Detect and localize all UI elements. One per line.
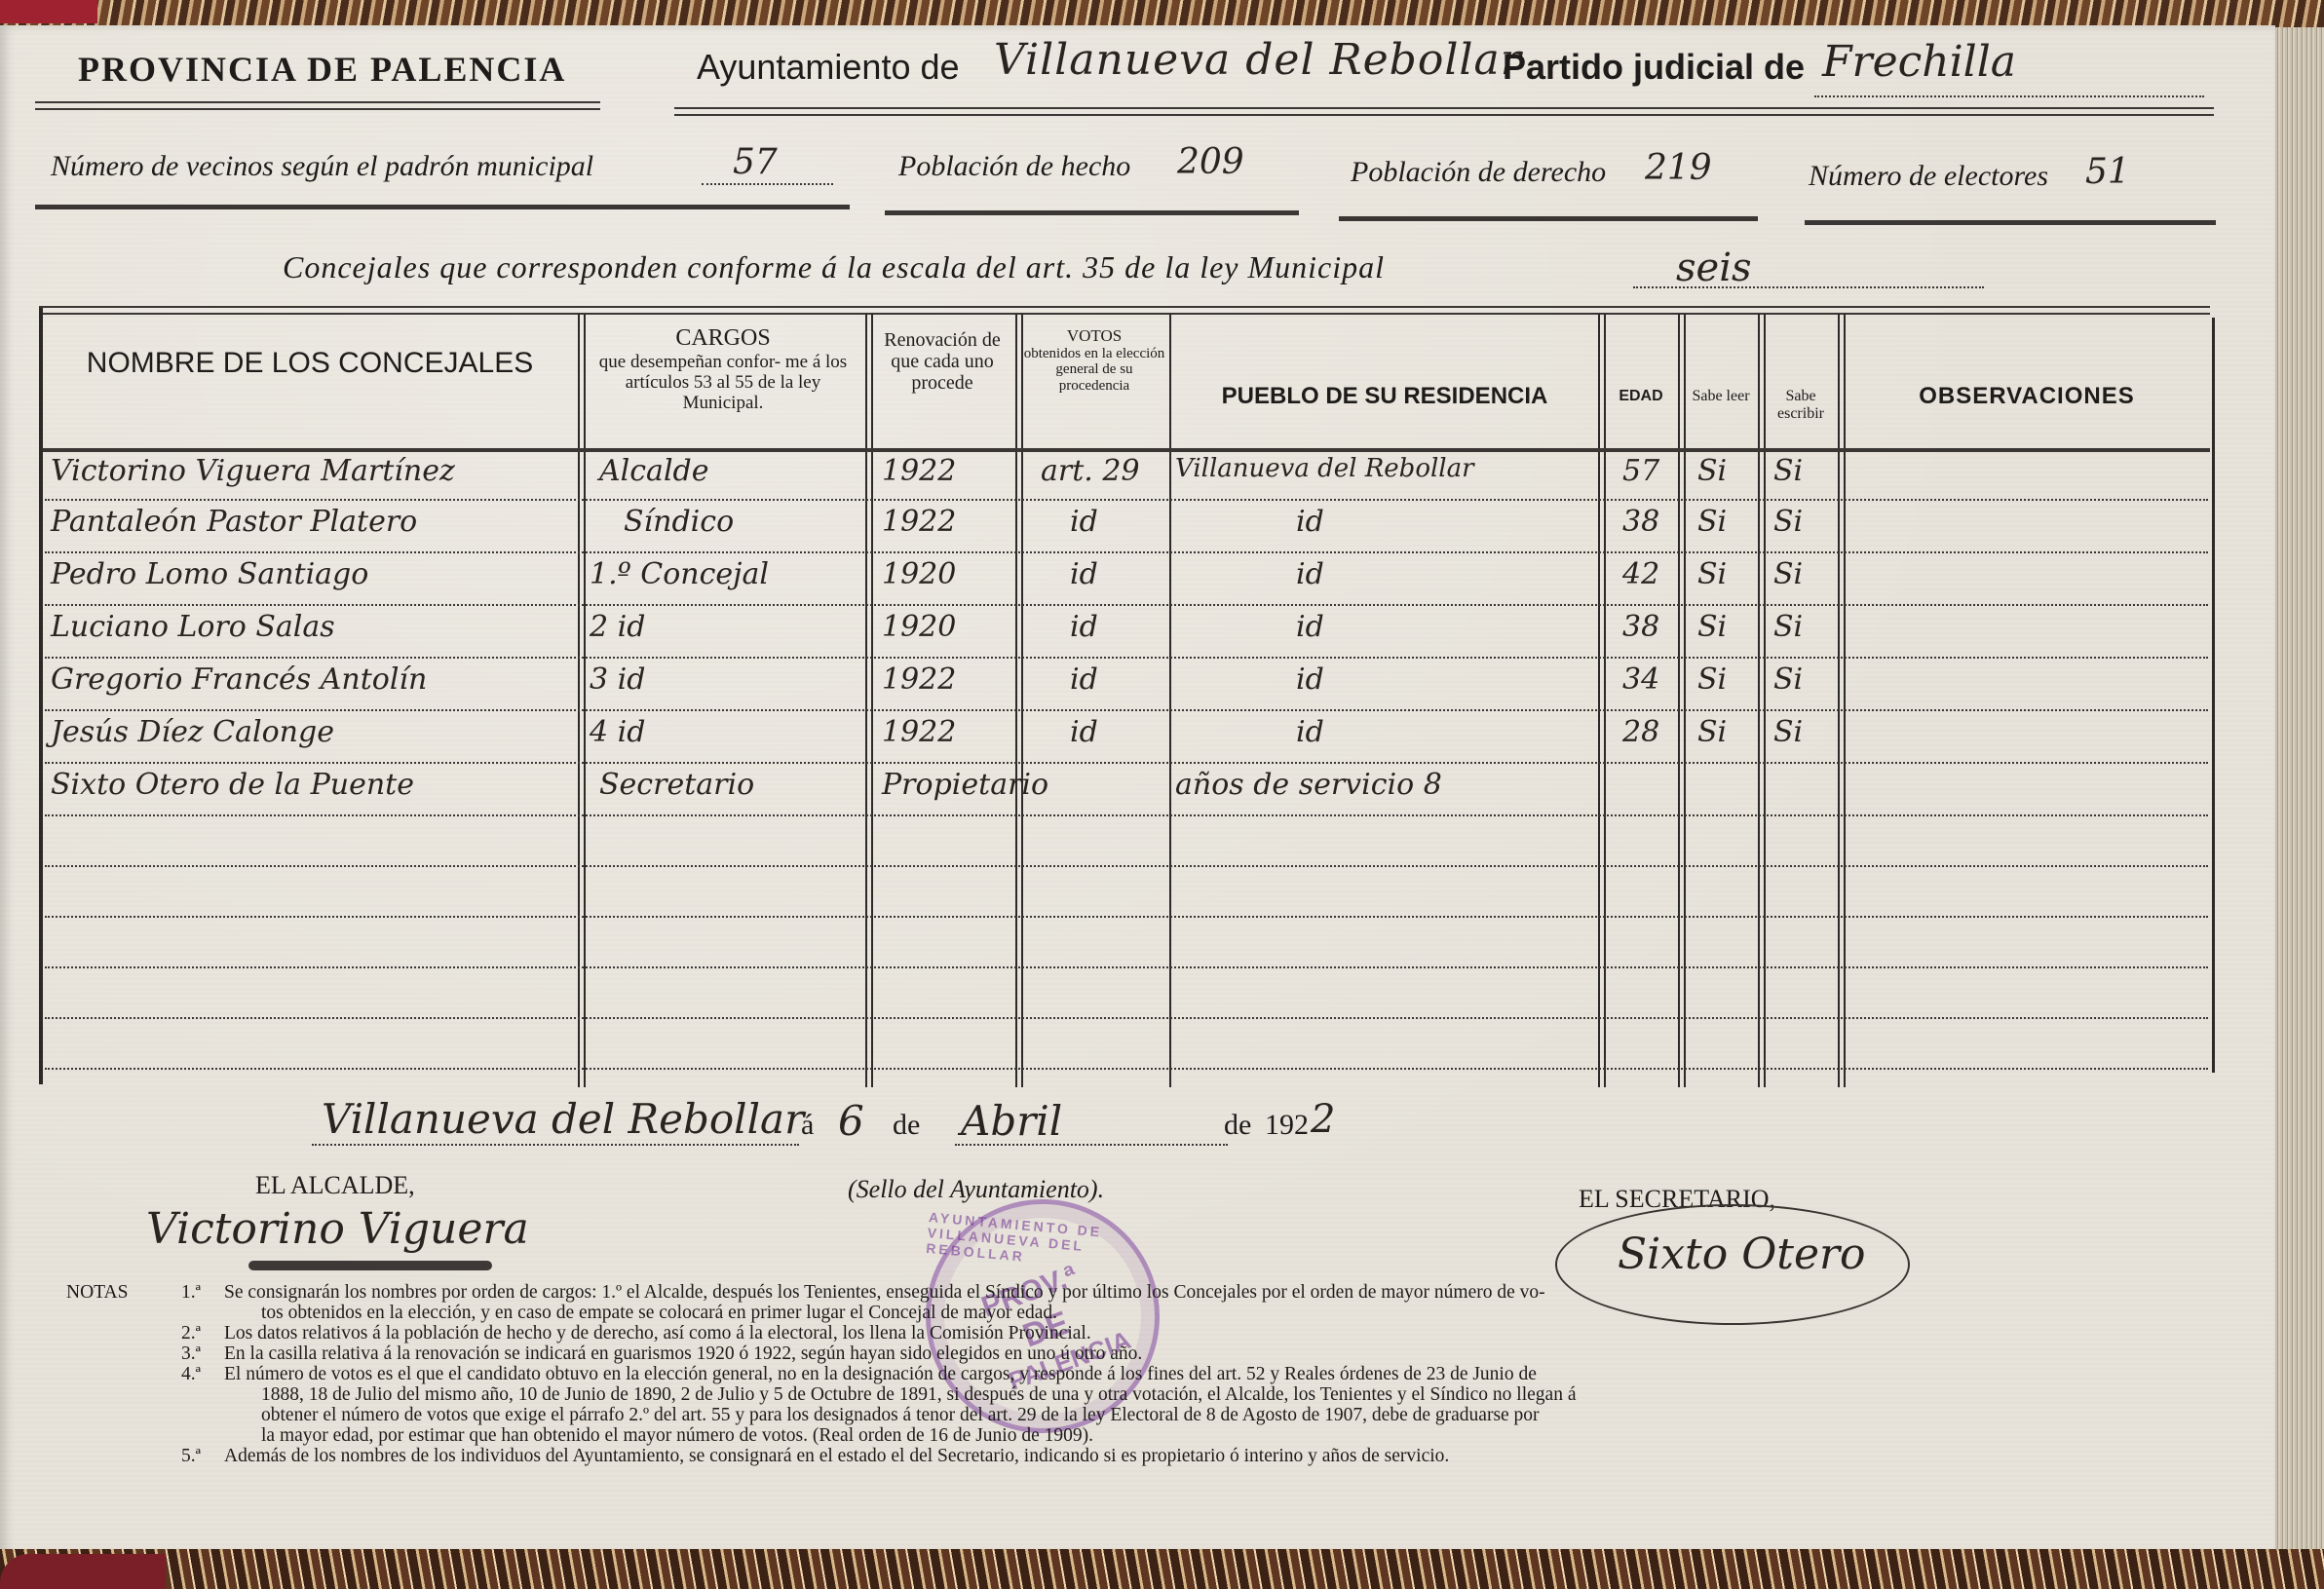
header-observaciones: OBSERVACIONES: [1844, 384, 2210, 409]
col-divider: [1598, 314, 1606, 1087]
cell-renovacion: 1922: [882, 662, 956, 697]
stamp-ring-text: AYUNTAMIENTO DE VILLANUEVA DEL REBOLLAR: [926, 1209, 1124, 1272]
col-divider: [1838, 314, 1846, 1087]
cell-escribir: Si: [1773, 662, 1803, 697]
notes-label: NOTAS: [66, 1282, 128, 1303]
note-line: 1888, 18 de Julio del mismo año, 10 de J…: [261, 1384, 2208, 1405]
note-line: Los datos relativos á la población de he…: [224, 1323, 2208, 1343]
cell-nombre: Pedro Lomo Santiago: [51, 557, 368, 591]
ribbon-top: [0, 0, 97, 23]
ayuntamiento-value: Villanueva del Rebollar: [994, 35, 1522, 85]
note-number: 1.ª: [181, 1282, 201, 1303]
cell-cargo: Síndico: [624, 505, 734, 539]
cell-pueblo: id: [1296, 610, 1324, 644]
cell-nombre: Sixto Otero de la Puente: [51, 768, 414, 802]
col-divider: [1678, 314, 1686, 1087]
header-nombre: NOMBRE DE LOS CONCEJALES: [43, 347, 577, 379]
vecinos-label: Número de vecinos según el padrón munici…: [51, 150, 593, 183]
table-top-rule: [39, 306, 2210, 315]
header-edad: EDAD: [1604, 388, 1678, 405]
ribbon-bottom: [0, 1554, 166, 1589]
rule: [674, 107, 2214, 116]
partido-label: Partido judicial de: [1503, 47, 1805, 88]
note-line: El número de votos es el que el candidat…: [224, 1364, 2208, 1384]
rule: [1805, 220, 2216, 225]
derecho-value: 219: [1645, 148, 1712, 188]
cell-renovacion: 1922: [882, 715, 956, 749]
note-number: 5.ª: [181, 1446, 201, 1466]
concejales-label: Concejales que corresponden conforme á l…: [283, 249, 1385, 285]
cell-edad: 28: [1622, 715, 1659, 749]
note-line: Se consignarán los nombres por orden de …: [224, 1282, 2208, 1303]
partido-value: Frechilla: [1822, 37, 2016, 87]
header-votos-sub: obtenidos en la elección general de su p…: [1021, 346, 1167, 395]
cell-leer: Si: [1697, 715, 1727, 749]
cell-renovacion: Propietario: [882, 768, 1048, 802]
page-edges: [2270, 27, 2324, 1552]
cell-pueblo: id: [1296, 505, 1324, 539]
electores-label: Número de electores: [1809, 160, 2048, 193]
dotted-leader: [955, 1144, 1228, 1146]
cell-nombre: Jesús Díez Calonge: [51, 715, 334, 749]
note-item: 3.ª En la casilla relativa á la renovaci…: [181, 1343, 2208, 1364]
note-item: 1.ª Se consignarán los nombres por orden…: [181, 1282, 2208, 1323]
cell-votos: art. 29: [1041, 454, 1140, 488]
date-de1: de: [893, 1109, 920, 1142]
cell-nombre: Luciano Loro Salas: [51, 610, 335, 644]
date-day: 6: [838, 1097, 864, 1145]
rule: [1339, 216, 1758, 221]
cell-edad: 34: [1622, 662, 1659, 697]
dotted-leader: [1814, 95, 2204, 97]
date-year-hand: 2: [1311, 1097, 1335, 1142]
dotted-leader: [702, 183, 833, 185]
note-line: tos obtenidos en la elección, y en caso …: [261, 1303, 2208, 1323]
cell-leer: Si: [1697, 454, 1727, 488]
rule: [35, 101, 600, 110]
date-place: Villanueva del Rebollar: [322, 1095, 804, 1143]
alcalde-label: EL ALCALDE,: [255, 1171, 415, 1200]
header-cargos-title: CARGOS: [583, 325, 863, 351]
col-divider: [578, 314, 586, 1087]
col-divider: [1169, 314, 1171, 1087]
hecho-label: Población de hecho: [898, 150, 1130, 183]
cell-cargo: 1.º Concejal: [590, 557, 769, 591]
derecho-label: Población de derecho: [1351, 156, 1606, 189]
signature-flourish: [248, 1261, 492, 1270]
col-divider: [1015, 314, 1023, 1087]
note-line: la mayor edad, por estimar que han obten…: [261, 1425, 2208, 1446]
dotted-leader: [312, 1144, 799, 1146]
date-month: Abril: [961, 1097, 1062, 1145]
cell-pueblo: id: [1296, 662, 1324, 697]
cell-nombre: Pantaleón Pastor Platero: [51, 505, 417, 539]
cell-renovacion: 1920: [882, 557, 956, 591]
cell-edad: 38: [1622, 610, 1659, 644]
header-renovacion: Renovación de que cada uno procede: [871, 329, 1013, 394]
note-number: 2.ª: [181, 1323, 201, 1343]
date-de2: de: [1224, 1109, 1251, 1142]
cell-leer: Si: [1697, 662, 1727, 697]
note-item: 5.ª Además de los nombres de los individ…: [181, 1446, 2208, 1466]
header-bottom-rule: [43, 448, 2210, 452]
cell-cargo: Alcalde: [599, 454, 709, 488]
cell-escribir: Si: [1773, 557, 1803, 591]
cell-cargo: 3 id: [590, 662, 645, 697]
cell-leer: Si: [1697, 557, 1727, 591]
note-line: obtener el número de votos que exige el …: [261, 1405, 2208, 1425]
header-votos: VOTOS obtenidos en la elección general d…: [1021, 327, 1167, 394]
dotted-leader: [1633, 286, 1984, 288]
cell-cargo: Secretario: [599, 768, 754, 802]
cell-leer: Si: [1697, 505, 1727, 539]
note-number: 3.ª: [181, 1343, 201, 1364]
date-year-printed: 192: [1265, 1109, 1309, 1142]
cell-edad: 57: [1622, 454, 1659, 488]
cell-pueblo: años de servicio 8: [1175, 768, 1442, 802]
header-escribir: Sabe escribir: [1764, 388, 1838, 422]
cell-pueblo: id: [1296, 715, 1324, 749]
cell-escribir: Si: [1773, 715, 1803, 749]
document-page: PROVINCIA DE PALENCIA Ayuntamiento de Vi…: [0, 25, 2275, 1555]
ayuntamiento-label: Ayuntamiento de: [697, 47, 960, 88]
concejales-value: seis: [1676, 246, 1752, 290]
cell-renovacion: 1922: [882, 505, 956, 539]
col-divider: [865, 314, 873, 1087]
rule: [885, 210, 1299, 215]
alcalde-signature: Victorino Viguera: [146, 1204, 529, 1254]
cell-nombre: Victorino Viguera Martínez: [51, 454, 455, 488]
electores-value: 51: [2085, 152, 2130, 192]
cell-pueblo: Villanueva del Rebollar: [1175, 454, 1474, 483]
cell-votos: id: [1070, 505, 1098, 539]
col-divider: [1758, 314, 1766, 1087]
sello-label: (Sello del Ayuntamiento).: [848, 1175, 1104, 1204]
secretario-signature: Sixto Otero: [1618, 1230, 1866, 1279]
cell-nombre: Gregorio Francés Antolín: [51, 662, 427, 697]
header-leer: Sabe leer: [1684, 388, 1758, 405]
cell-escribir: Si: [1773, 505, 1803, 539]
note-line: En la casilla relativa á la renovación s…: [224, 1343, 2208, 1364]
cell-escribir: Si: [1773, 454, 1803, 488]
note-line: Además de los nombres de los individuos …: [224, 1446, 2208, 1466]
cell-pueblo: id: [1296, 557, 1324, 591]
cell-renovacion: 1920: [882, 610, 956, 644]
cell-votos: id: [1070, 557, 1098, 591]
cell-votos: id: [1070, 715, 1098, 749]
table-right-border: [2212, 318, 2215, 1073]
header-cargos-sub: que desempeñan confor- me á los artículo…: [583, 353, 863, 414]
province-title: PROVINCIA DE PALENCIA: [78, 49, 566, 90]
note-item: 2.ª Los datos relativos á la población d…: [181, 1323, 2208, 1343]
cell-edad: 42: [1622, 557, 1659, 591]
date-a: á: [801, 1109, 814, 1142]
cell-renovacion: 1922: [882, 454, 956, 488]
cell-votos: id: [1070, 610, 1098, 644]
note-number: 4.ª: [181, 1364, 201, 1384]
table-left-border: [39, 308, 43, 1084]
header-votos-title: VOTOS: [1021, 327, 1167, 346]
cell-leer: Si: [1697, 610, 1727, 644]
hecho-value: 209: [1177, 142, 1244, 182]
book-cover-bottom: [0, 1549, 2324, 1589]
cell-escribir: Si: [1773, 610, 1803, 644]
note-item: 4.ª El número de votos es el que el cand…: [181, 1364, 2208, 1446]
cell-votos: id: [1070, 662, 1098, 697]
cell-cargo: 2 id: [590, 610, 645, 644]
cell-edad: 38: [1622, 505, 1659, 539]
rule: [35, 205, 850, 209]
vecinos-value: 57: [733, 142, 778, 182]
cell-cargo: 4 id: [590, 715, 645, 749]
header-pueblo: PUEBLO DE SU RESIDENCIA: [1173, 384, 1596, 409]
header-cargos: CARGOS que desempeñan confor- me á los a…: [583, 325, 863, 414]
notes-list: 1.ª Se consignarán los nombres por orden…: [181, 1282, 2208, 1466]
